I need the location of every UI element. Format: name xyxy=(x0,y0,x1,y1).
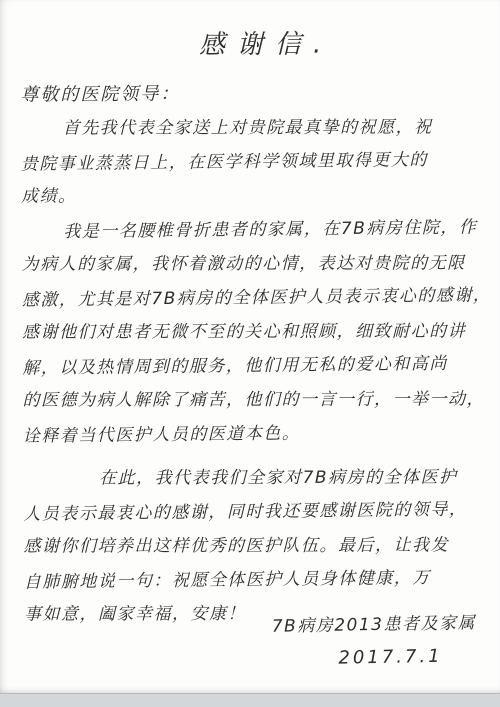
letter-paper: 感谢信. 尊敬的医院领导： 首先我代表全家送上对贵院最真挚的祝愿，祝 贵院事业蒸… xyxy=(0,0,500,694)
letter-line: 人员表示最衷心的感谢，同时我还要感谢医院的领导， xyxy=(23,492,487,531)
letter-title: 感谢信. xyxy=(48,22,484,62)
letter-line: 感谢他们对患者无微不至的关心和照顾，细致耐心的讲 xyxy=(22,314,486,349)
letter-line: 贵院事业蒸蒸日上，在医学科学领域里取得更大的 xyxy=(21,142,485,181)
letter-line: 解，以及热情周到的服务，他们用无私的爱心和高尚 xyxy=(22,346,486,385)
letter-signature: 7B病房2013患者及家属 xyxy=(271,608,476,637)
letter-salutation: 尊敬的医院领导： xyxy=(20,75,484,112)
letter-line: 感激，尤其是对7B病房的全体医护人员表示衷心的感谢， xyxy=(22,278,486,317)
letter-line: 诠释着当代医护人员的医道本色。 xyxy=(23,414,487,453)
letter-line: 我是一名腰椎骨折患者的家属，在7B病房住院，作 xyxy=(21,210,485,249)
letter-line: 在此，我代表我们全家对7B病房的全体医护 xyxy=(23,460,487,495)
letter-line: 自肺腑地说一句：祝愿全体医护人员身体健康，万 xyxy=(24,560,488,599)
letter-content: 感谢信. 尊敬的医院领导： 首先我代表全家送上对贵院最真挚的祝愿，祝 贵院事业蒸… xyxy=(20,16,488,632)
letter-line: 为病人的家属，我怀着激动的心情，表达对贵院的无限 xyxy=(22,246,486,281)
scanned-letter: 感谢信. 尊敬的医院领导： 首先我代表全家送上对贵院最真挚的祝愿，祝 贵院事业蒸… xyxy=(0,0,500,707)
signature-block: 7B病房2013患者及家属 2017.7.1 xyxy=(271,608,476,670)
letter-line: 的医德为病人解除了痛苦，他们的一言一行，一举一动， xyxy=(22,382,486,417)
letter-line: 首先我代表全家送上对贵院最真挚的祝愿，祝 xyxy=(21,110,485,145)
letter-line: 感谢你们培养出这样优秀的医护队伍。最后，让我发 xyxy=(24,528,488,563)
letter-line: 成绩。 xyxy=(21,178,485,213)
scan-edge-strip xyxy=(0,693,500,707)
letter-date: 2017.7.1 xyxy=(272,646,443,670)
